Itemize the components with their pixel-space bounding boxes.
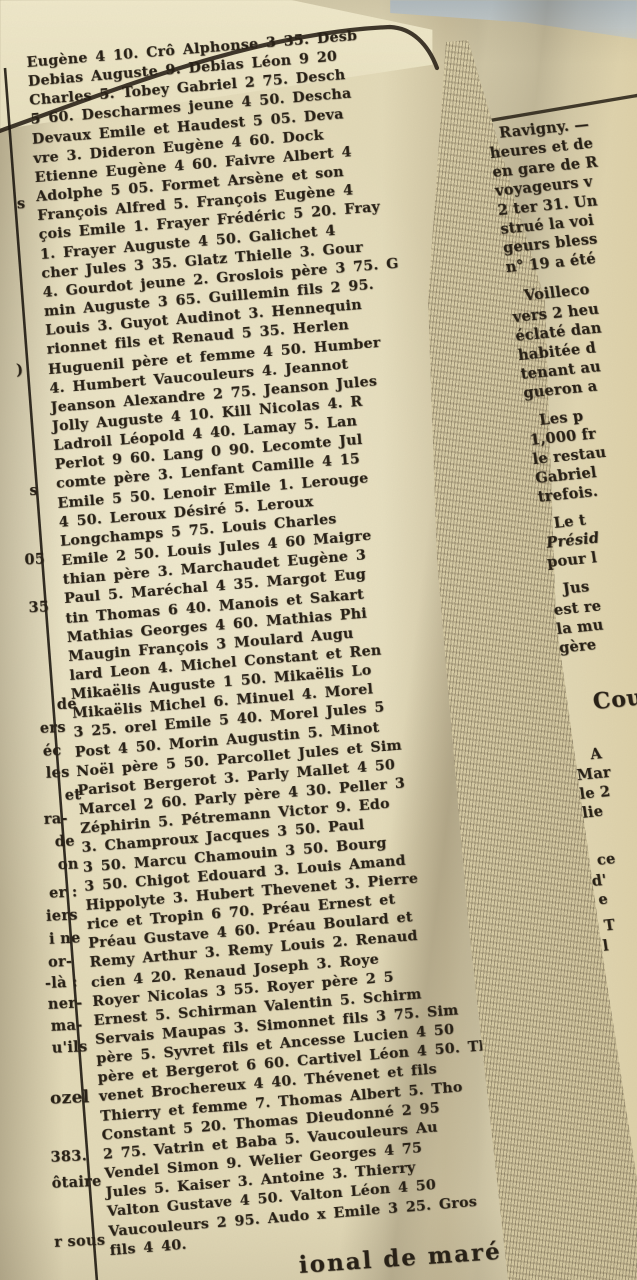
margin-fragment: et <box>64 786 81 804</box>
margin-fragment: éc <box>42 742 61 760</box>
right-column-line: l <box>602 937 610 955</box>
margin-fragment: s <box>29 482 38 499</box>
right-column-line: Le t <box>553 512 587 532</box>
margin-fragment: on <box>57 855 79 873</box>
margin-fragment: ozel <box>50 1087 90 1109</box>
right-column-line: la mu <box>555 616 604 638</box>
right-column-line: T <box>603 916 616 934</box>
margin-fragment: i ne <box>49 929 81 947</box>
right-column-line: lie <box>581 803 604 822</box>
margin-fragment: -là : <box>45 974 79 992</box>
margin-fragment: de <box>54 833 75 851</box>
margin-fragment: 383. <box>50 1147 87 1166</box>
margin-fragment: ner- <box>47 994 82 1012</box>
right-column-line: d' <box>591 872 608 890</box>
margin-fragment: iers <box>46 906 78 924</box>
right-column-line: A <box>589 745 603 763</box>
margin-fragment: 05 <box>24 551 46 569</box>
margin-fragment: les <box>45 764 70 782</box>
right-column-line: Jus <box>562 578 591 598</box>
margin-fragment: or- <box>48 953 73 971</box>
margin-fragment: 35 <box>28 598 50 616</box>
right-column-line: gère <box>558 636 597 657</box>
bottom-headline-fragment: ional de maré <box>298 1238 503 1279</box>
margin-fragment: u'ils <box>51 1038 87 1057</box>
right-column-line: Cou <box>591 684 637 715</box>
margin-fragment: s <box>17 195 26 212</box>
right-column-line: Les p <box>538 407 584 428</box>
right-column-line: Mar <box>576 764 612 784</box>
margin-fragment: de <box>56 695 77 713</box>
margin-fragment: ers <box>39 719 66 737</box>
margin-fragment: ra- <box>43 810 68 828</box>
right-column-line: pour l <box>546 549 598 571</box>
right-column-line: trefois. <box>537 483 599 506</box>
book-photo: { "colors":{"paper":"#e7dfbf","paper_dar… <box>0 0 637 1280</box>
margin-fragment: ) <box>16 361 24 378</box>
margin-fragment: r sous <box>54 1232 106 1251</box>
margin-fragment: er : <box>49 883 78 901</box>
margin-fragment: ma- <box>50 1016 82 1034</box>
right-column-line: le 2 <box>578 783 611 803</box>
right-column-line: e <box>597 891 609 909</box>
right-column-line: ce <box>596 850 617 869</box>
right-column-line: est re <box>553 597 603 619</box>
margin-fragment: ôtaire <box>51 1173 102 1192</box>
